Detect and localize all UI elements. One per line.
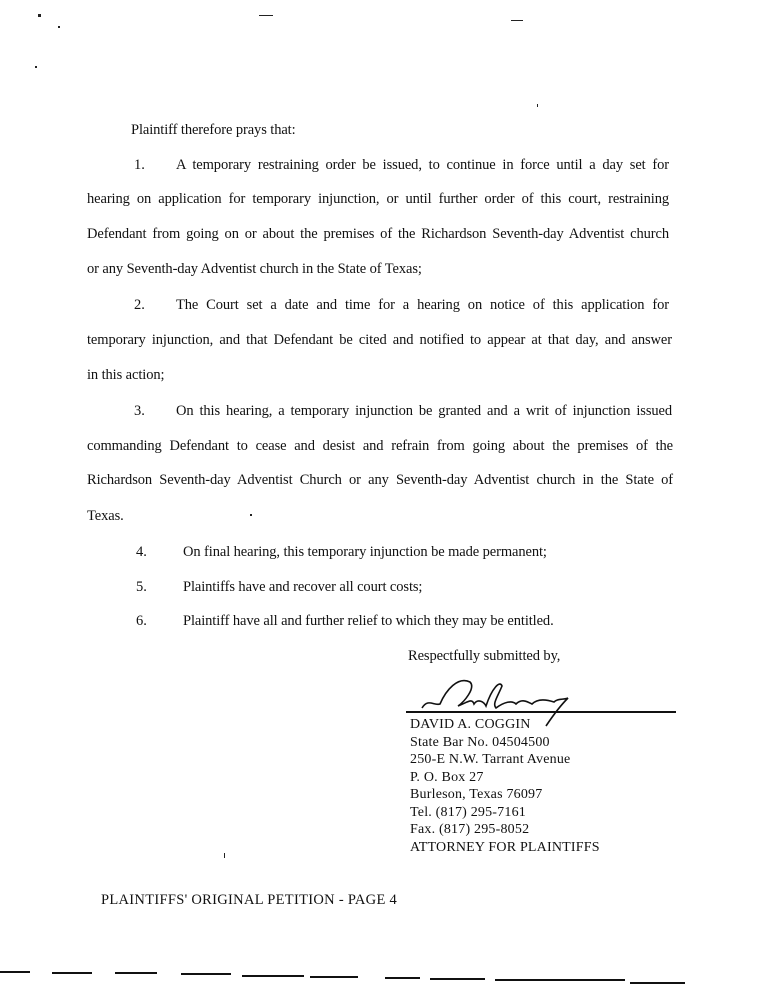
- item-line: hearing on application for temporary inj…: [87, 190, 669, 208]
- scan-artifact-line: [385, 977, 420, 979]
- scan-speck: [38, 14, 41, 17]
- document-page: Plaintiff therefore prays that: 1. A tem…: [0, 0, 760, 984]
- item-line: Texas.: [87, 507, 124, 525]
- scan-artifact-line: [115, 972, 157, 974]
- page-footer: PLAINTIFFS' ORIGINAL PETITION - PAGE 4: [101, 892, 397, 909]
- item-number: 4.: [136, 543, 147, 561]
- item-line: Plaintiff have all and further relief to…: [183, 612, 554, 630]
- scan-speck: [35, 66, 37, 68]
- attorney-name: DAVID A. COGGIN: [410, 716, 531, 733]
- scan-speck: [250, 514, 252, 516]
- item-line: Richardson Seventh-day Adventist Church …: [87, 471, 673, 489]
- scan-speck: [224, 853, 225, 858]
- closing-line: Respectfully submitted by,: [408, 647, 560, 665]
- item-line: commanding Defendant to cease and desist…: [87, 437, 673, 455]
- signature-line: [406, 711, 676, 713]
- telephone: Tel. (817) 295-7161: [410, 804, 526, 821]
- item-line: in this action;: [87, 366, 164, 384]
- address-line-1: 250-E N.W. Tarrant Avenue: [410, 751, 570, 768]
- item-number: 2.: [134, 296, 145, 314]
- scan-artifact-line: [52, 972, 92, 974]
- item-line: On this hearing, a temporary injunction …: [176, 402, 672, 420]
- intro-line: Plaintiff therefore prays that:: [131, 121, 296, 139]
- item-number: 1.: [134, 156, 145, 174]
- item-line: temporary injunction, and that Defendant…: [87, 331, 672, 349]
- item-number: 5.: [136, 578, 147, 596]
- item-line: On final hearing, this temporary injunct…: [183, 543, 547, 561]
- item-number: 6.: [136, 612, 147, 630]
- item-line: A temporary restraining order be issued,…: [176, 156, 669, 174]
- bar-number: State Bar No. 04504500: [410, 734, 550, 751]
- item-line: Plaintiffs have and recover all court co…: [183, 578, 422, 596]
- item-line: Defendant from going on or about the pre…: [87, 225, 669, 243]
- scan-speck: [511, 20, 523, 21]
- address-line-2: P. O. Box 27: [410, 769, 484, 786]
- scan-artifact-line: [430, 978, 485, 980]
- scan-speck: [537, 104, 538, 107]
- scan-speck: [58, 26, 60, 28]
- city-line: Burleson, Texas 76097: [410, 786, 542, 803]
- scan-artifact-line: [310, 976, 358, 978]
- scan-artifact-line: [0, 971, 30, 973]
- scan-speck: [259, 15, 273, 16]
- attorney-role: ATTORNEY FOR PLAINTIFFS: [410, 839, 600, 856]
- scan-artifact-line: [495, 979, 625, 981]
- item-line: The Court set a date and time for a hear…: [176, 296, 669, 314]
- item-number: 3.: [134, 402, 145, 420]
- fax: Fax. (817) 295-8052: [410, 821, 529, 838]
- item-line: or any Seventh-day Adventist church in t…: [87, 260, 422, 278]
- scan-artifact-line: [181, 973, 231, 975]
- scan-artifact-line: [242, 975, 304, 977]
